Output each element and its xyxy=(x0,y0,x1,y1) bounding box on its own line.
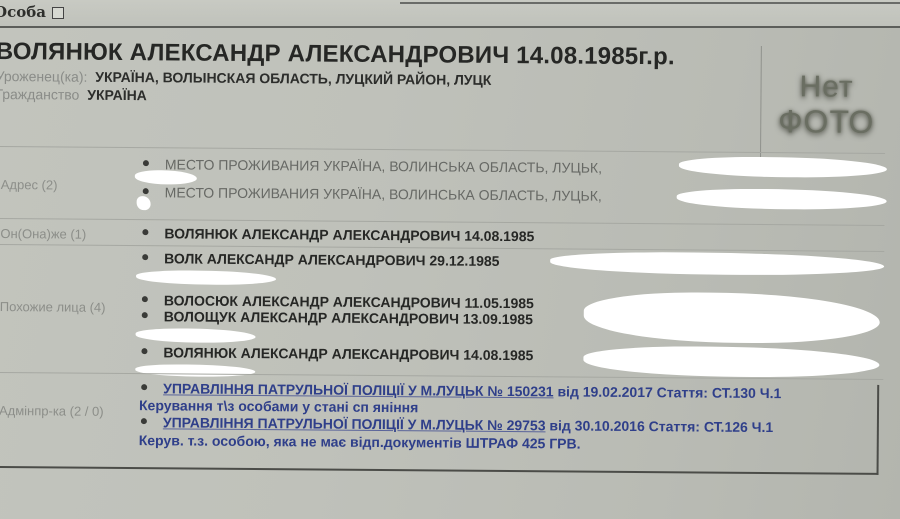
address-item: МЕСТО ПРОЖИВАНИЯ УКРАЇНА, ВОЛИНСЬКА ОБЛА… xyxy=(143,184,602,204)
citizenship-label: Гражданство xyxy=(0,86,79,103)
person-card: ВОЛЯНЮК АЛЕКСАНДР АЛЕКСАНДРОВИЧ 14.08.19… xyxy=(0,28,892,503)
section-header-bar: Особа xyxy=(0,0,900,28)
redaction xyxy=(679,156,887,178)
no-photo-line1: Нет xyxy=(799,70,853,104)
birthplace-line: Уроженец(ка): УКРАЇНА, ВОЛЫНСКАЯ ОБЛАСТЬ… xyxy=(0,68,491,88)
bullet-icon xyxy=(142,254,148,260)
bullet-icon xyxy=(142,312,148,318)
bullet-icon xyxy=(141,384,147,390)
similar-person-item[interactable]: ВОЛОЩУК АЛЕКСАНДР АЛЕКСАНДРОВИЧ 13.09.19… xyxy=(142,308,533,327)
row-similar-persons: Похожие лица (4) ВОЛК АЛЕКСАНДР АЛЕКСАНД… xyxy=(0,244,884,380)
section-title: Особа xyxy=(0,3,64,21)
birthplace-label: Уроженец(ка): xyxy=(0,68,87,85)
admin-offence-link[interactable]: УПРАВЛІННЯ ПАТРУЛЬНОЇ ПОЛІЦІЇ У М.ЛУЦЬК … xyxy=(163,380,554,399)
similar-person-item[interactable]: ВОЛЯНЮК АЛЕКСАНДР АЛЕКСАНДРОВИЧ 14.08.19… xyxy=(141,344,533,363)
same-person-item[interactable]: ВОЛЯНЮК АЛЕКСАНДР АЛЕКСАНДРОВИЧ 14.08.19… xyxy=(142,225,534,244)
admin-offence-details: від 19.02.2017 Стаття: СТ.130 Ч.1 xyxy=(554,383,782,401)
row-label-similar: Похожие лица (4) xyxy=(0,299,106,315)
bullet-icon xyxy=(143,160,149,166)
bullet-icon xyxy=(143,188,149,194)
bullet-icon xyxy=(141,348,147,354)
citizenship-value: УКРАЇНА xyxy=(87,87,147,103)
bullet-icon xyxy=(141,418,147,424)
row-address: Адрес (2) МЕСТО ПРОЖИВАНИЯ УКРАЇНА, ВОЛИ… xyxy=(0,146,885,226)
person-name: ВОЛЯНЮК АЛЕКСАНДР АЛЕКСАНДРОВИЧ 14.08.19… xyxy=(0,38,675,71)
redaction xyxy=(584,292,880,344)
no-photo-line2: ФОТО xyxy=(778,104,874,139)
admin-offence-description: Керування т\з особами у стані сп яніння xyxy=(139,397,418,415)
birthplace-value: УКРАЇНА, ВОЛЫНСКАЯ ОБЛАСТЬ, ЛУЦКИЙ РАЙОН… xyxy=(95,69,491,88)
address-item: МЕСТО ПРОЖИВАНИЯ УКРАЇНА, ВОЛИНСЬКА ОБЛА… xyxy=(143,156,602,176)
redaction xyxy=(135,170,197,184)
admin-offence-link[interactable]: УПРАВЛІННЯ ПАТРУЛЬНОЇ ПОЛІЦІЇ У М.ЛУЦЬК … xyxy=(163,414,546,433)
bullet-icon xyxy=(142,296,148,302)
redaction xyxy=(550,251,884,276)
bullet-icon xyxy=(142,229,148,235)
photo-placeholder: Нет ФОТО xyxy=(760,46,892,162)
redaction xyxy=(137,196,151,210)
admin-offence-description: Керув. т.з. особою, яка не має відп.доку… xyxy=(139,432,581,451)
row-label-address: Адрес (2) xyxy=(1,177,58,192)
row-admin-offences: Адмінпр-ка (2 / 0) УПРАВЛІННЯ ПАТРУЛЬНОЇ… xyxy=(0,372,883,474)
row-label-same-person: Он(Она)же (1) xyxy=(0,226,86,242)
redaction xyxy=(583,346,879,378)
row-label-admin: Адмінпр-ка (2 / 0) xyxy=(0,403,104,419)
similar-person-item[interactable]: ВОЛК АЛЕКСАНДР АЛЕКСАНДРОВИЧ 29.12.1985 xyxy=(142,250,499,269)
citizenship-line: Гражданство УКРАЇНА xyxy=(0,86,147,103)
redaction xyxy=(136,328,256,343)
section-checkbox[interactable] xyxy=(52,7,64,19)
admin-offence-details: від 30.10.2016 Стаття: СТ.126 Ч.1 xyxy=(545,417,773,435)
redaction xyxy=(677,188,887,210)
redaction xyxy=(136,270,276,285)
header-divider xyxy=(400,2,900,4)
